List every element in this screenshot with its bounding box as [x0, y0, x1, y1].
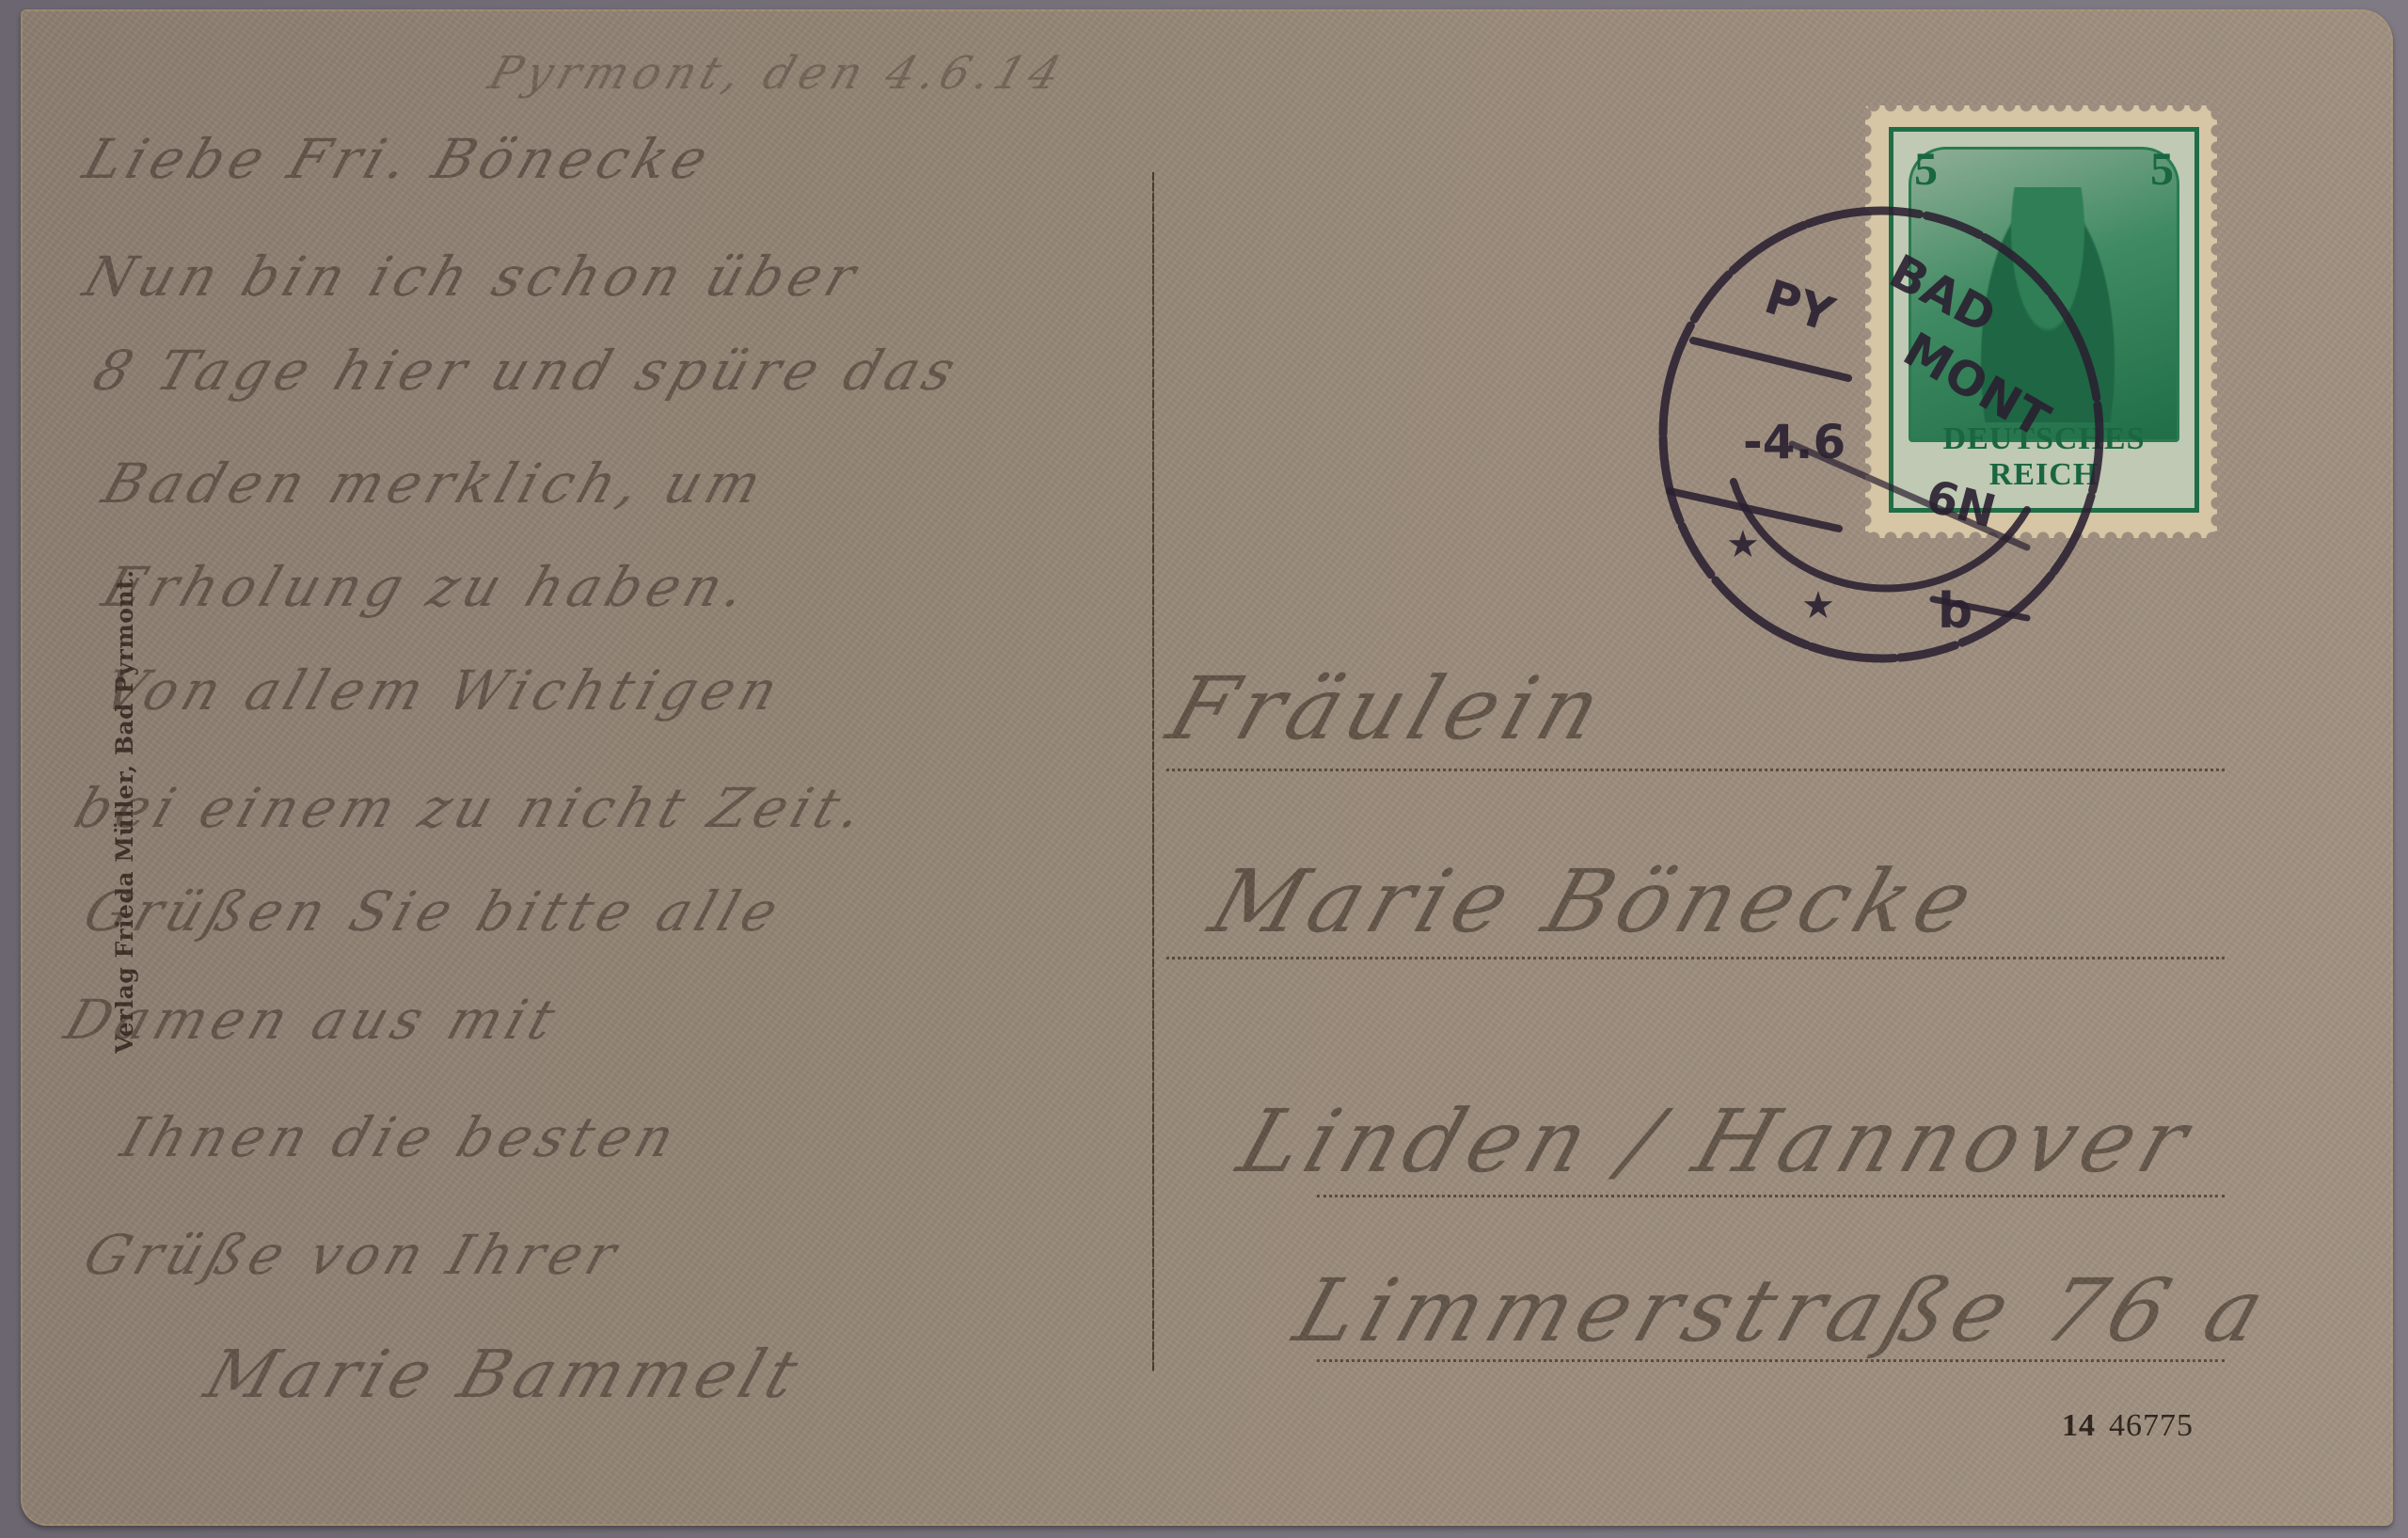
- address-name: Marie Bönecke: [1199, 851, 1992, 952]
- publisher-imprint: Verlag Frieda Müller, Bad Pyrmont.: [111, 570, 138, 1054]
- message-line: 8 Tage hier und spüre das: [86, 339, 969, 403]
- stamp-value-right: 5: [2150, 145, 2174, 192]
- svg-text:b: b: [1938, 583, 1972, 640]
- divider-line: [1152, 172, 1154, 1372]
- serial-number: 1446775: [2062, 1408, 2194, 1444]
- message-line: Ihnen die besten: [114, 1105, 688, 1169]
- message-line: Baden merklich, um: [95, 452, 775, 515]
- message-line: Pyrmont, den 4.6.14: [483, 47, 1073, 100]
- svg-text:★: ★: [1801, 584, 1835, 627]
- svg-text:6N: 6N: [1921, 469, 2002, 538]
- message-line: Grüße von Ihrer: [76, 1223, 630, 1287]
- serial-digits: 46775: [2109, 1408, 2194, 1443]
- address-salutation: Fräulein: [1157, 658, 1621, 759]
- svg-text:PY: PY: [1758, 269, 1841, 342]
- address-line-3: [1317, 1195, 2225, 1197]
- svg-text:BAD: BAD: [1880, 244, 2004, 344]
- serial-prefix: 14: [2062, 1408, 2096, 1443]
- postmark-cancel-icon: PY BAD MONT -4.6 6N ★ ★ b: [1651, 199, 2112, 665]
- address-city: Linden / Hannover: [1228, 1091, 2208, 1192]
- message-line: Nun bin ich schon über: [76, 245, 869, 309]
- message-line: Erholung zu haben.: [95, 555, 760, 619]
- message-line: Grüßen Sie bitte alle: [76, 880, 791, 943]
- address-line-2: [1166, 957, 2225, 959]
- svg-text:★: ★: [1726, 523, 1760, 566]
- message-line: Von allem Wichtigen: [95, 658, 791, 722]
- stamp-value-left: 5: [1914, 145, 1938, 192]
- message-line: bei einem zu nicht Zeit.: [67, 776, 877, 840]
- signature: Marie Bammelt: [197, 1336, 813, 1413]
- message-line: Liebe Fri. Bönecke: [76, 127, 721, 191]
- address-street: Limmerstraße 76 a: [1284, 1261, 2285, 1361]
- address-line-1: [1166, 769, 2225, 771]
- svg-text:-4.6: -4.6: [1743, 415, 1846, 469]
